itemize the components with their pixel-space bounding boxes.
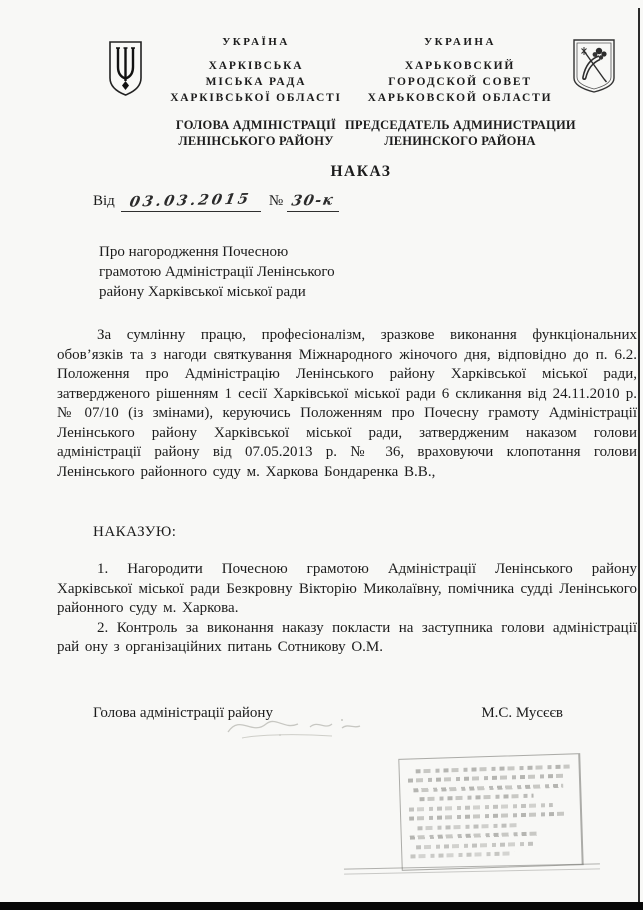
org-name-line: ХАРЬКОВСКОЙ ОБЛАСТИ — [345, 90, 575, 106]
org-name-line: МІСЬКА РАДА — [141, 74, 371, 90]
number-label: № — [269, 193, 283, 209]
country-label-ru: УКРАИНА — [345, 36, 575, 48]
office-title-ru: ПРЕДСЕДАТЕЛЬ АДМИНИСТРАЦИИ ЛЕНИНСКОГО РА… — [345, 117, 575, 149]
stamp-text-line — [416, 841, 533, 849]
faint-stamp-imprint — [398, 753, 583, 871]
scan-edge-bottom — [0, 902, 643, 910]
scanned-order-document: УКРАЇНА ХАРКІВСЬКА МІСЬКА РАДА ХАРКІВСЬК… — [0, 0, 643, 910]
office-title-line: ПРЕДСЕДАТЕЛЬ АДМИНИСТРАЦИИ — [345, 117, 575, 133]
subject-line: Про нагородження Почесною — [99, 242, 389, 262]
stamp-text-line — [408, 774, 568, 783]
handwritten-signature-scribble — [222, 700, 392, 746]
date-and-number-line: Від03.03.2015№30-к — [93, 192, 339, 212]
office-title-line: ЛЕНІНСЬКОГО РАЙОНУ — [141, 133, 371, 149]
order-item: 1. Нагородити Почесною грамотою Адмініст… — [57, 560, 637, 619]
org-name-line: ХАРЬКОВСКИЙ — [345, 58, 575, 74]
stamp-text-line — [413, 783, 563, 792]
office-title-line: ГОЛОВА АДМІНІСТРАЦІЇ — [141, 117, 371, 133]
kharkiv-city-crest-icon — [571, 38, 617, 99]
stamp-bottom-smear — [344, 863, 600, 874]
stamp-text-line — [410, 831, 540, 839]
scan-edge-right — [638, 8, 640, 903]
handwritten-number: 30-к — [290, 191, 335, 209]
order-preamble: За сумлінну працю, професіоналізм, зразк… — [57, 326, 637, 482]
ukraine-trident-emblem-icon — [107, 40, 144, 102]
order-item: 2. Контроль за виконання наказу покласти… — [57, 619, 637, 658]
order-subject: Про нагородження Почесною грамотою Адмін… — [99, 242, 389, 302]
office-title-line: ЛЕНИНСКОГО РАЙОНА — [345, 133, 575, 149]
header-ukrainian-column: УКРАЇНА ХАРКІВСЬКА МІСЬКА РАДА ХАРКІВСЬК… — [141, 36, 371, 149]
document-content: УКРАЇНА ХАРКІВСЬКА МІСЬКА РАДА ХАРКІВСЬК… — [57, 0, 637, 910]
header-russian-column: УКРАИНА ХАРЬКОВСКИЙ ГОРОДСКОЙ СОВЕТ ХАРЬ… — [345, 36, 575, 149]
stamp-text-line — [417, 823, 517, 830]
stamp-text-line — [420, 794, 534, 802]
org-name-line: ХАРКІВСЬКОЇ ОБЛАСТІ — [141, 90, 371, 106]
date-blank-line: 03.03.2015 — [121, 192, 261, 212]
document-type-title: НАКАЗ — [57, 163, 637, 181]
subject-line: району Харківської міської ради — [99, 282, 389, 302]
office-title-uk: ГОЛОВА АДМІНІСТРАЦІЇ ЛЕНІНСЬКОГО РАЙОНУ — [141, 117, 371, 149]
stamp-text-line — [410, 851, 514, 858]
date-label: Від — [93, 193, 115, 209]
org-name-line: ГОРОДСКОЙ СОВЕТ — [345, 74, 575, 90]
resolution-heading: НАКАЗУЮ: — [93, 524, 176, 541]
stamp-text-line — [409, 803, 553, 812]
handwritten-date: 03.03.2015 — [129, 190, 254, 210]
org-name-ru: ХАРЬКОВСКИЙ ГОРОДСКОЙ СОВЕТ ХАРЬКОВСКОЙ … — [345, 58, 575, 106]
stamp-text-line — [409, 812, 566, 821]
subject-line: грамотою Адміністрації Ленінського — [99, 262, 389, 282]
org-name-uk: ХАРКІВСЬКА МІСЬКА РАДА ХАРКІВСЬКОЇ ОБЛАС… — [141, 58, 371, 106]
country-label-uk: УКРАЇНА — [141, 36, 371, 48]
order-items: 1. Нагородити Почесною грамотою Адмініст… — [57, 560, 637, 658]
org-name-line: ХАРКІВСЬКА — [141, 58, 371, 74]
signature-name: М.С. Мусєєв — [481, 705, 563, 722]
number-blank-line: 30-к — [287, 192, 339, 212]
stamp-text-line — [416, 764, 570, 773]
